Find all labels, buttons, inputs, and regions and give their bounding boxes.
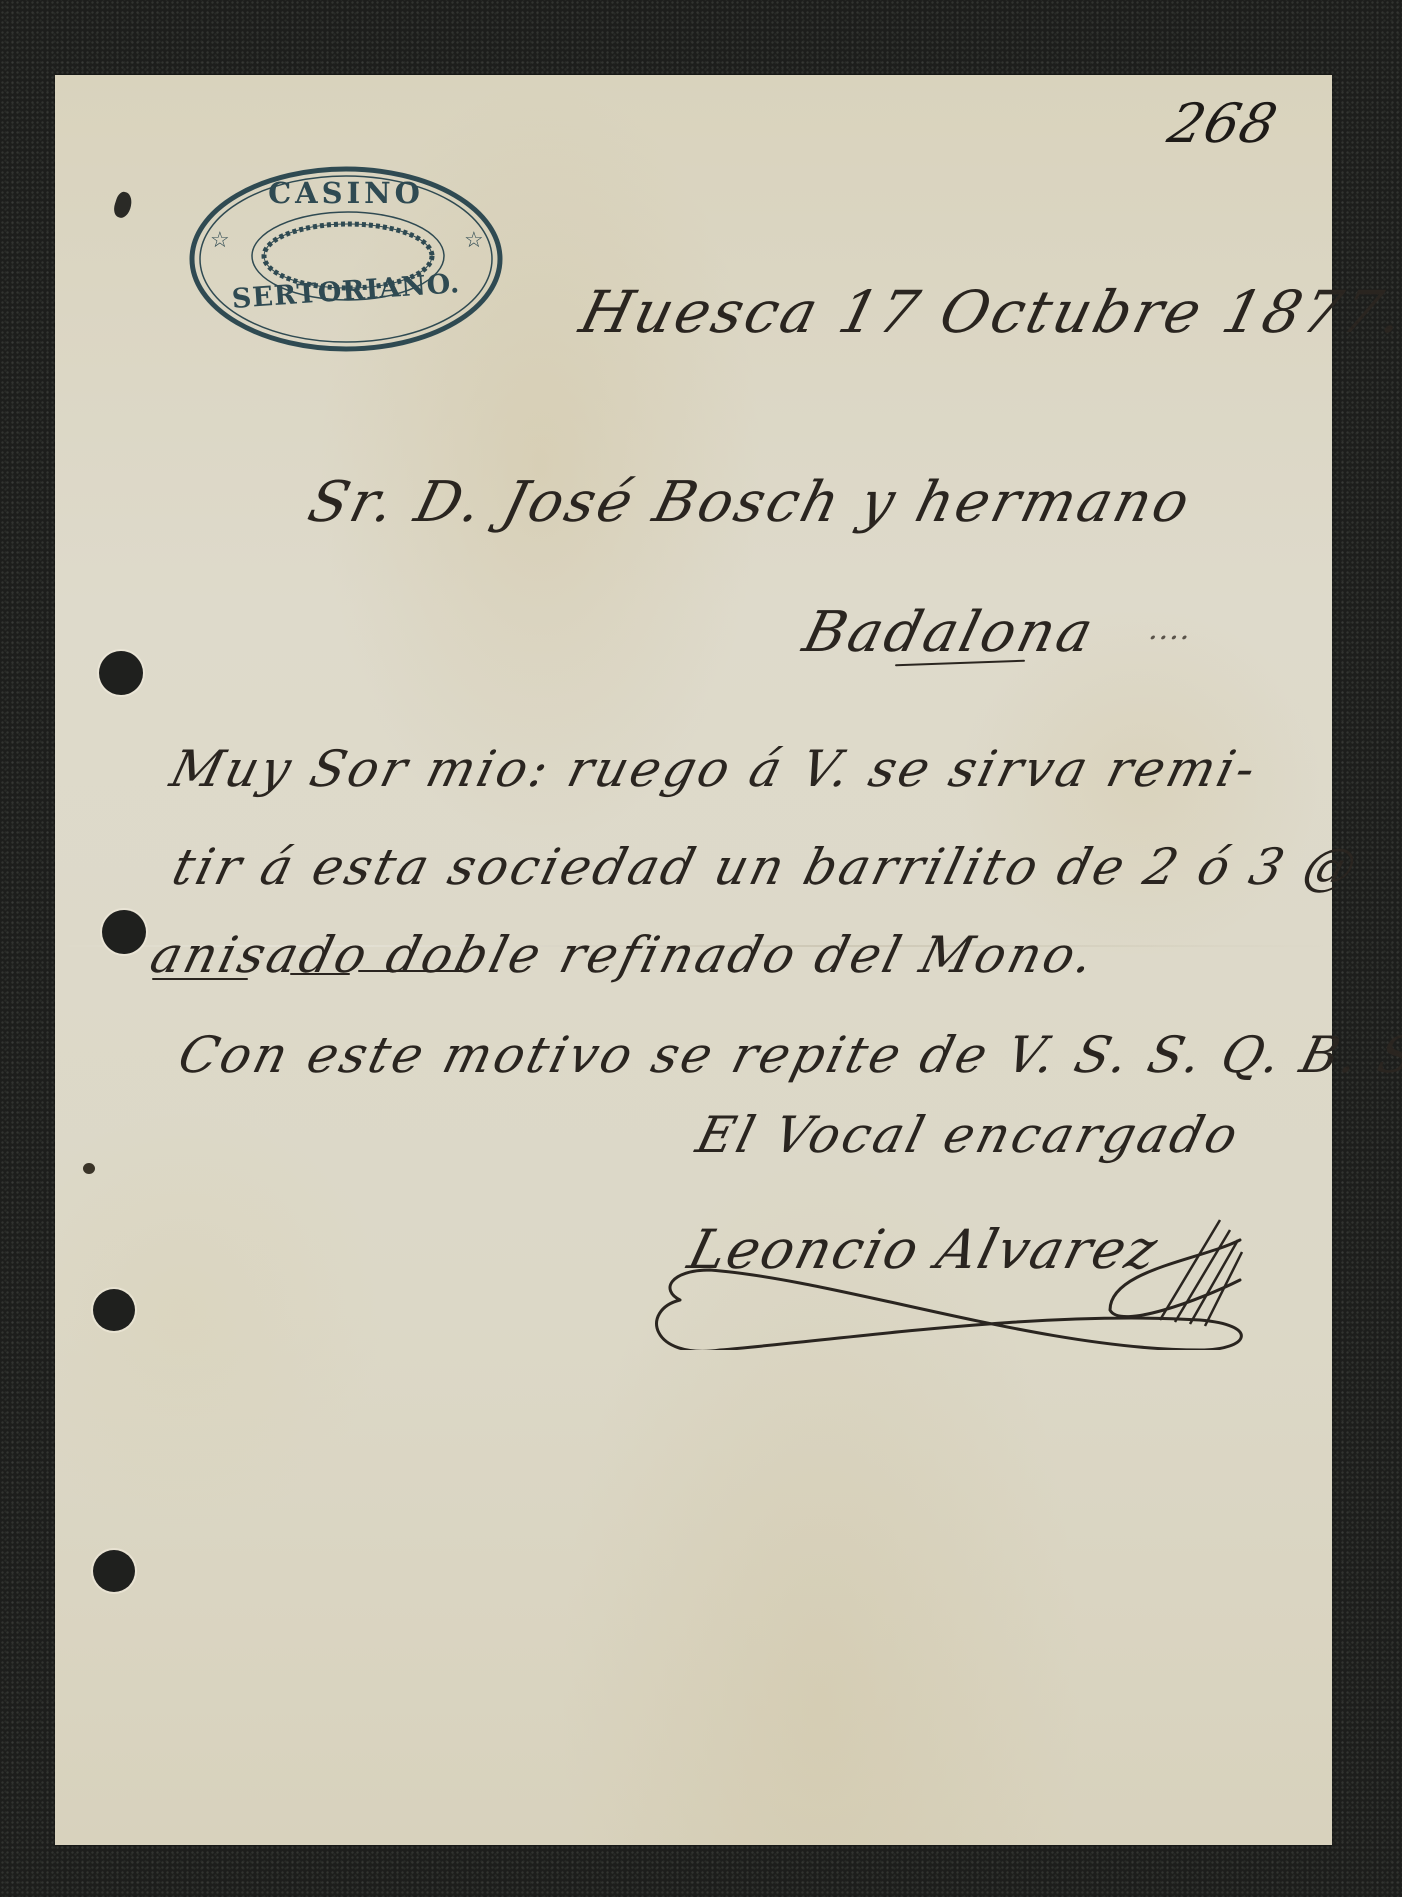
body-line-2: tir á esta sociedad un barrilito de 2 ó … [167,838,1365,896]
punch-hole-4 [93,1550,135,1592]
punch-hole-2 [102,910,146,954]
letterhead-stamp: CASINO ☆ ☆ SERTORIANO. [188,164,504,354]
addressee-name: Sr. D. José Bosch y hermano [302,470,1199,535]
punch-hole-3 [93,1289,135,1331]
signature-flourish [640,1200,1260,1350]
closing-role: El Vocal encargado [691,1106,1247,1164]
body-line-1: Muy Sor mio: ruego á V. se sirva remi- [165,740,1264,798]
date-line: Huesca 17 Octubre 1877. [574,278,1402,346]
addressee-city: Badalona [797,600,1102,665]
paper-tear [111,190,134,220]
star-icon: ☆ [464,228,484,253]
underline-refinado [358,970,468,972]
folio-number: 268 [1162,92,1284,155]
stamp-top-text: CASINO [188,176,504,210]
star-icon: ☆ [210,228,230,253]
underline-anisado [152,978,248,980]
punch-hole-1 [99,651,143,695]
city-trailing-dots: .... [1146,612,1197,647]
ink-spot [83,1163,95,1174]
body-line-3: anisado doble refinado del Mono. [145,926,1103,984]
body-line-4: Con este motivo se repite de V. S. S. Q.… [173,1026,1402,1084]
underline-doble [290,973,350,975]
